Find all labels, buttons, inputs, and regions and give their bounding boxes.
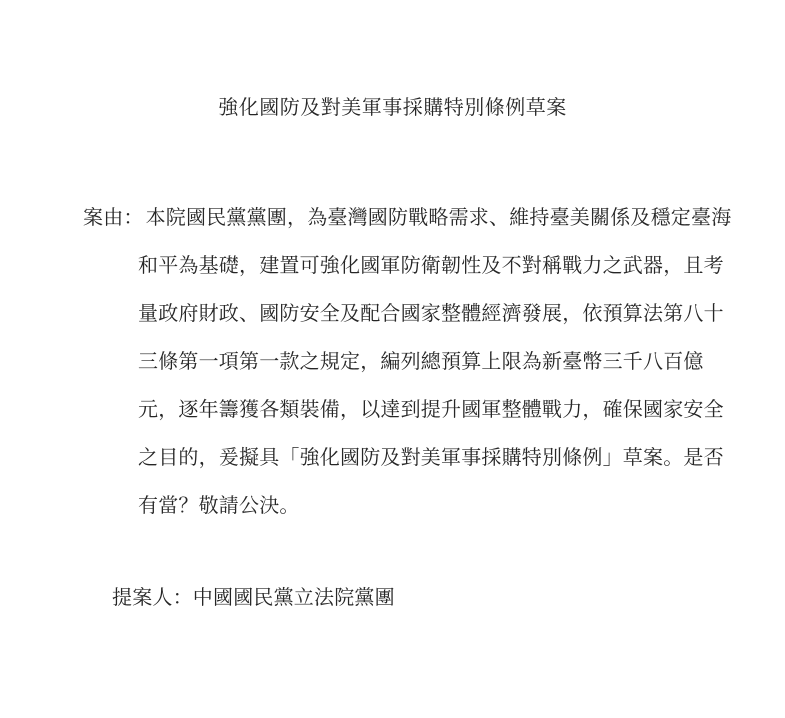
case-line: 三條第一項第一款之規定，編列總預算上限為新臺幣三千八百億 bbox=[83, 338, 731, 386]
case-reason-paragraph: 案由：本院國民黨黨團，為臺灣國防戰略需求、維持臺美關係及穩定臺海 和平為基礎，建… bbox=[83, 194, 731, 530]
case-line: 有當？敬請公決。 bbox=[83, 482, 731, 530]
case-line-first-text: 本院國民黨黨團，為臺灣國防戰略需求、維持臺美關係及穩定臺海 bbox=[146, 207, 732, 229]
document-title: 強化國防及對美軍事採購特別條例草案 bbox=[0, 94, 785, 122]
case-line: 之目的，爰擬具「強化國防及對美軍事採購特別條例」草案。是否 bbox=[83, 434, 731, 482]
case-line-first: 案由：本院國民黨黨團，為臺灣國防戰略需求、維持臺美關係及穩定臺海 bbox=[83, 194, 731, 242]
case-line: 元，逐年籌獲各類裝備，以達到提升國軍整體戰力，確保國家安全 bbox=[83, 386, 731, 434]
case-line: 量政府財政、國防安全及配合國家整體經濟發展，依預算法第八十 bbox=[83, 290, 731, 338]
case-line: 和平為基礎，建置可強化國軍防衛韌性及不對稱戰力之武器，且考 bbox=[83, 242, 731, 290]
proposer-line: 提案人：中國國民黨立法院黨團 bbox=[112, 574, 395, 622]
case-label: 案由： bbox=[83, 194, 144, 242]
document-page: 強化國防及對美軍事採購特別條例草案 案由：本院國民黨黨團，為臺灣國防戰略需求、維… bbox=[0, 0, 785, 718]
